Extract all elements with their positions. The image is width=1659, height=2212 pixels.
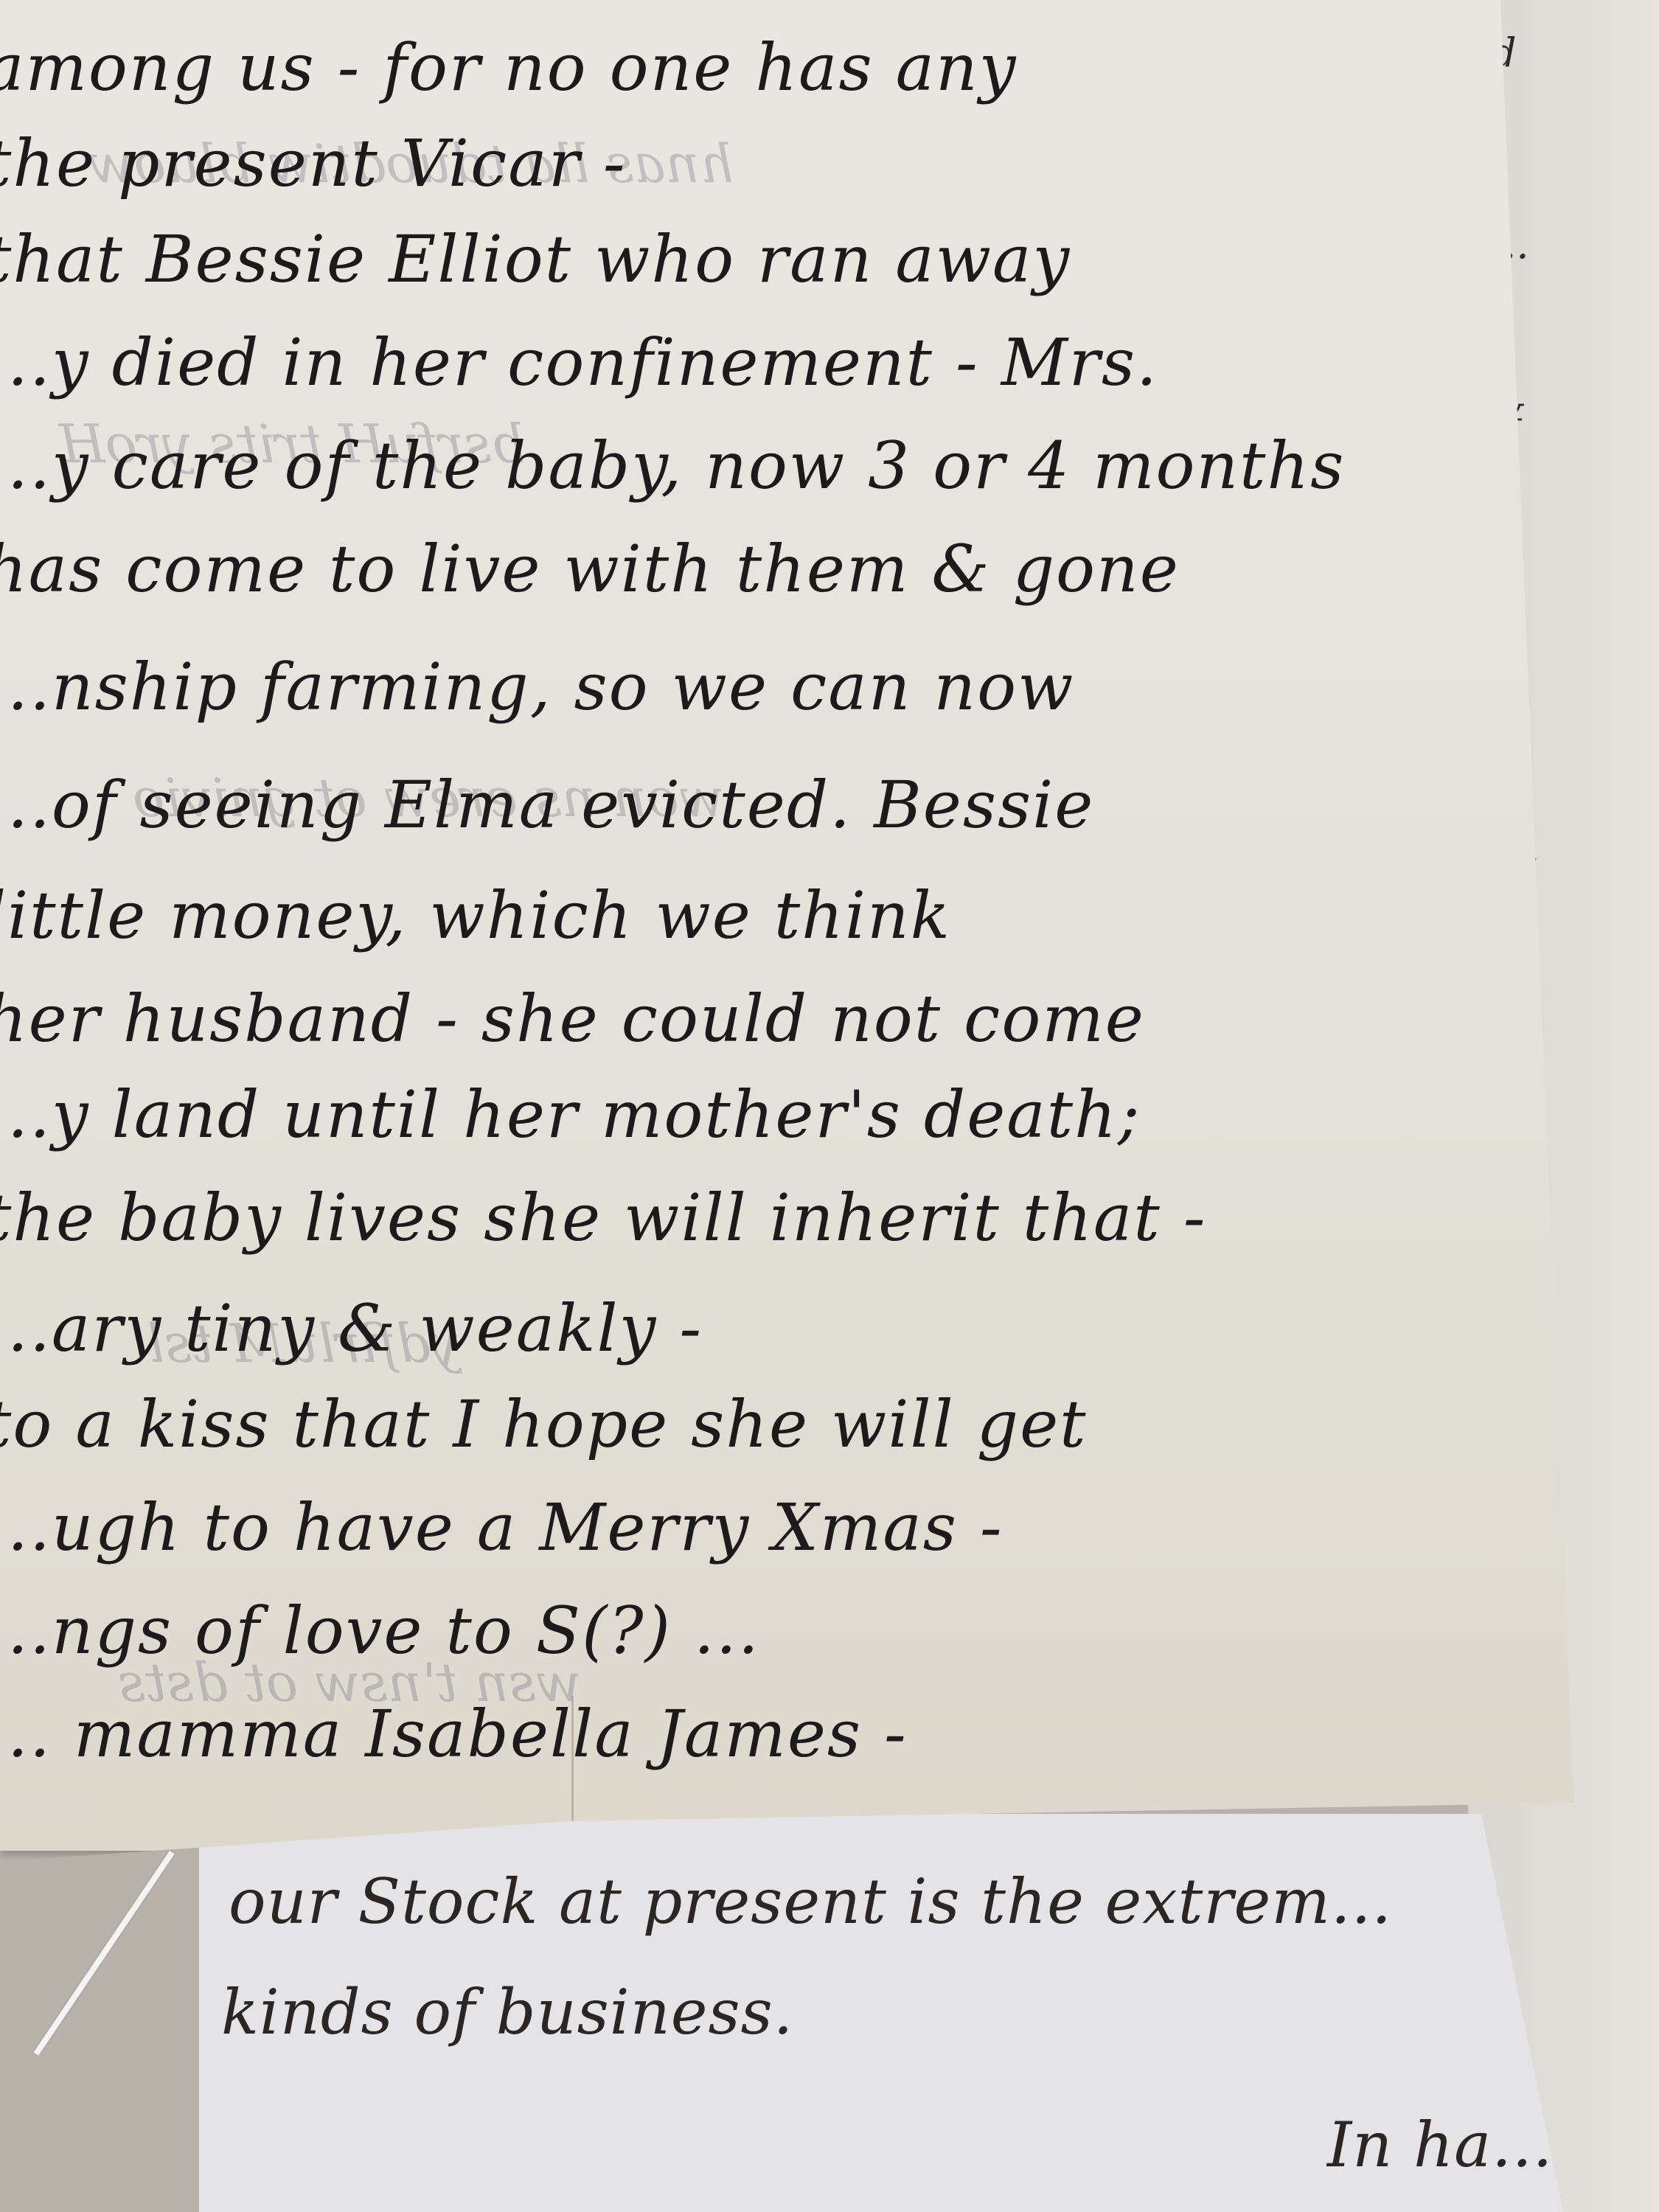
letter-line: ...ngs of love to S(?) ...	[0, 1593, 760, 1669]
printed-line-2: kinds of business.	[221, 1976, 793, 2048]
underlying-printed-letter: our Stock at present is the extrem... ki…	[199, 1814, 1563, 2212]
handwritten-letter-page: hnas lla tduodtiw bluow bsrfuH trits yro…	[0, 0, 1574, 1851]
letter-line: ...nship farming, so we can now	[0, 649, 1074, 725]
letter-line: ...ugh to have a Merry Xmas -	[0, 1489, 1004, 1565]
letter-line: has come to live with them & gone	[0, 531, 1180, 607]
letter-line: to a kiss that I hope she will get	[0, 1386, 1088, 1462]
letter-line: little money, which we think	[0, 877, 951, 953]
letter-line: the baby lives she will inherit that -	[0, 1180, 1206, 1256]
letter-line: ...y land until her mother's death;	[0, 1077, 1141, 1152]
letter-signature-line: ... mamma Isabella James -	[0, 1696, 908, 1772]
letter-line: ...y died in her confinement - Mrs.	[0, 324, 1158, 400]
letter-line: ...y care of the baby, now 3 or 4 months	[0, 428, 1345, 504]
letter-line: among us - for no one has any	[0, 29, 1017, 105]
printed-closing: In ha...	[1327, 2109, 1553, 2181]
printed-line-1: our Stock at present is the extrem...	[229, 1865, 1392, 1938]
letter-line: ...ary tiny & weakly -	[0, 1290, 703, 1366]
binding-string	[33, 1851, 174, 2056]
letter-line: that Bessie Elliot who ran away	[0, 221, 1071, 297]
letter-line: the present Vicar -	[0, 125, 627, 201]
letter-line: her husband - she could not come	[0, 981, 1145, 1057]
letter-line: ...of seeing Elma evicted. Bessie	[0, 767, 1094, 843]
